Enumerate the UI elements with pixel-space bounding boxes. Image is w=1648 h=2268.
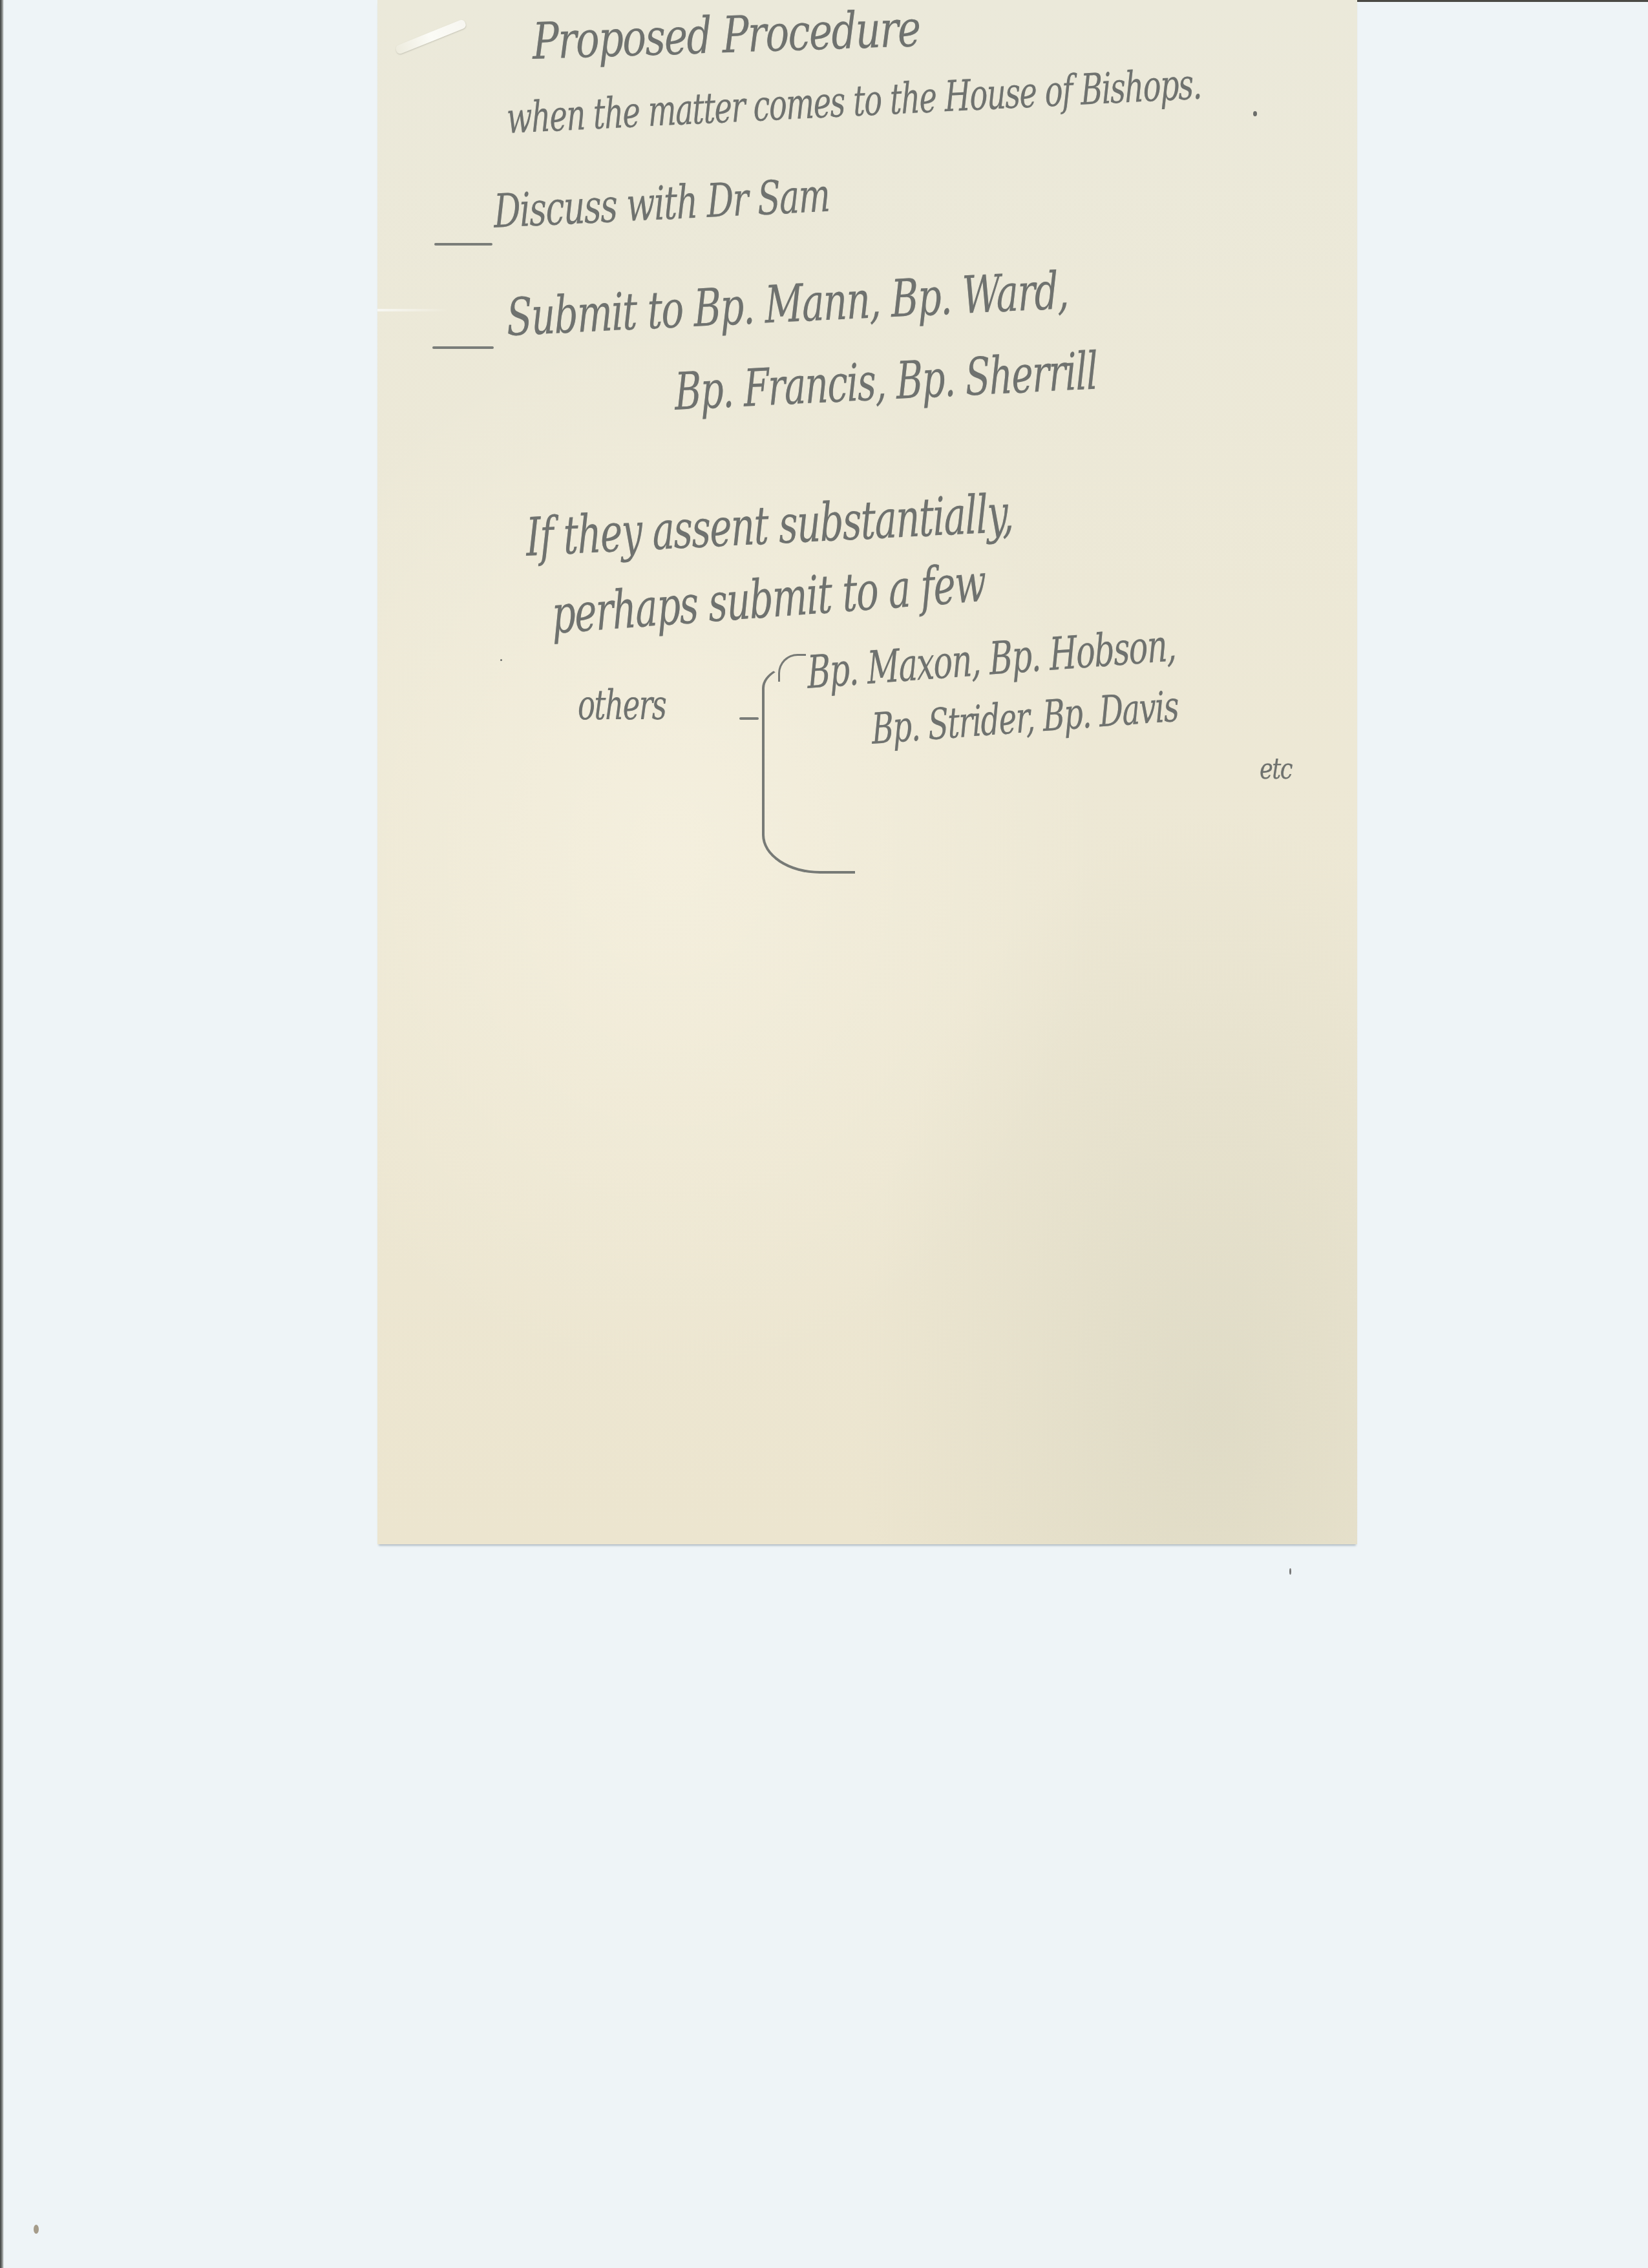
scan-speck	[34, 2225, 39, 2234]
scanner-edge-top	[1357, 0, 1648, 2]
others-etc: etc	[1260, 753, 1292, 786]
staple-tear	[395, 19, 467, 55]
step-submit-line2: Bp. Francis, Bp. Sherrill	[674, 341, 1098, 422]
scan-speck	[1289, 1568, 1291, 1575]
pencil-speck	[1253, 111, 1257, 116]
condition-line2: perhaps submit to a few	[551, 552, 986, 646]
step-submit-line1: Submit to Bp. Mann, Bp. Ward,	[506, 260, 1069, 348]
paper-tear	[377, 309, 449, 311]
step-discuss: Discuss with Dr Sam	[493, 168, 830, 238]
others-names-line2: Bp. Strider, Bp. Davis	[871, 682, 1179, 754]
scanner-edge	[0, 0, 4, 2268]
bullet-dash	[432, 346, 494, 349]
others-label: others	[578, 682, 666, 730]
pencil-speck	[500, 659, 502, 661]
note-title: Proposed Procedure	[532, 0, 920, 71]
others-dash	[739, 717, 759, 720]
bullet-dash	[434, 243, 492, 246]
note-subtitle: when the matter comes to the House of Bi…	[506, 59, 1202, 143]
note-paper: Proposed Procedure when the matter comes…	[377, 0, 1357, 1544]
